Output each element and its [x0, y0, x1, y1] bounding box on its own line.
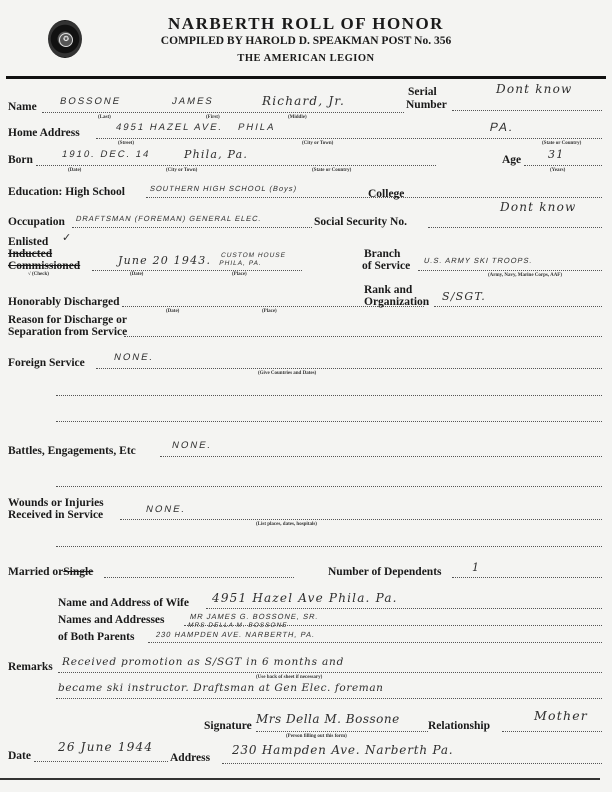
- enlisted-date-caption: (Date): [130, 272, 143, 277]
- branch-label-1: Branch: [364, 248, 400, 260]
- born-state-caption: (State or Country): [312, 168, 351, 173]
- occupation-value[interactable]: DRAFTSMAN (FOREMAN) GENERAL ELEC.: [75, 214, 263, 223]
- single-text: Single: [63, 566, 93, 578]
- date-line: [34, 761, 168, 762]
- social-security-value[interactable]: Dont know: [500, 200, 577, 214]
- signer-caption: (Person filling out this form): [286, 734, 347, 739]
- countries-caption: (Give Countries and Dates): [258, 371, 316, 376]
- dependents-label: Number of Dependents: [328, 566, 442, 578]
- remarks-caption: (Use back of sheet if necessary): [256, 675, 322, 680]
- battles-line-2: [56, 486, 602, 487]
- dependents-line: [452, 577, 602, 578]
- born-label: Born: [8, 154, 33, 166]
- middle-name-value[interactable]: Richard, Jr.: [262, 94, 345, 108]
- branch-label-2: of Service: [362, 260, 410, 272]
- born-date-value[interactable]: 1910. DEC. 14: [61, 149, 152, 160]
- relationship-label: Relationship: [428, 720, 490, 732]
- remarks-line-2: [56, 698, 602, 699]
- enlisted-place-caption: (Place): [232, 272, 247, 277]
- foreign-service-line-3: [56, 421, 602, 422]
- name-line: [42, 112, 404, 113]
- parent-2-address-value[interactable]: 230 HAMPDEN AVE. NARBERTH, PA.: [155, 630, 316, 639]
- remarks-line-1: [58, 672, 602, 673]
- social-security-label: Social Security No.: [314, 216, 407, 228]
- parent-1-value[interactable]: MR JAMES G. BOSSONE, SR.: [189, 612, 320, 621]
- foreign-service-line-2: [56, 395, 602, 396]
- born-date-caption: (Date): [68, 168, 81, 173]
- reason-label-2: Separation from Service: [8, 326, 127, 338]
- honorably-discharged-label: Honorably Discharged: [8, 296, 120, 308]
- age-line: [524, 165, 602, 166]
- wounds-label-2: Received in Service: [8, 509, 103, 521]
- date-label: Date: [8, 750, 31, 762]
- born-city-caption: (City or Town): [166, 168, 197, 173]
- signature-value[interactable]: Mrs Della M. Bossone: [256, 712, 400, 726]
- social-security-line: [428, 227, 602, 228]
- wounds-line: [120, 519, 602, 520]
- relationship-line: [502, 731, 602, 732]
- born-line: [36, 165, 436, 166]
- branch-value[interactable]: U.S. ARMY SKI TROOPS.: [423, 256, 534, 265]
- age-label: Age: [502, 154, 521, 166]
- occupation-line: [72, 227, 312, 228]
- discharge-place-caption: (Place): [262, 309, 277, 314]
- first-name-value[interactable]: JAMES: [171, 96, 215, 107]
- branch-line: [418, 270, 602, 271]
- serial-label-1: Serial: [408, 86, 437, 98]
- enlisted-label: Enlisted: [8, 236, 48, 248]
- home-address-line: [96, 138, 602, 139]
- wife-value[interactable]: 4951 Hazel Ave Phila. Pa.: [212, 591, 398, 605]
- address-label: Address: [170, 752, 210, 764]
- last-caption: (Last): [98, 115, 111, 120]
- state-value[interactable]: PA.: [489, 120, 516, 134]
- footer-divider: [0, 778, 600, 780]
- parents-label-2: of Both Parents: [58, 631, 134, 643]
- serial-line: [452, 110, 602, 111]
- parent-2-name-value[interactable]: MRS DELLA M. BOSSONE: [187, 622, 288, 629]
- enlisted-place-value[interactable]: CUSTOM HOUSE PHILA, PA.: [218, 252, 287, 268]
- middle-caption: (Middle): [288, 115, 307, 120]
- check-caption: √ (Check): [28, 272, 49, 277]
- home-address-label: Home Address: [8, 127, 80, 139]
- years-caption: (Years): [550, 168, 565, 173]
- wife-line: [206, 608, 602, 609]
- address-value[interactable]: 230 Hampden Ave. Narberth Pa.: [232, 743, 453, 757]
- age-value[interactable]: 31: [548, 148, 564, 161]
- first-caption: (First): [206, 115, 220, 120]
- battles-line: [160, 456, 602, 457]
- reason-line: [124, 336, 602, 337]
- college-label: College: [368, 188, 404, 200]
- discharge-date-caption: (Date): [166, 309, 179, 314]
- commissioned-label: Commissioned: [8, 260, 80, 272]
- serial-number-value[interactable]: Dont know: [496, 82, 573, 96]
- married-line: [104, 577, 294, 578]
- header-divider: [6, 76, 606, 79]
- reason-label-1: Reason for Discharge or: [8, 314, 127, 326]
- inducted-label: Inducted: [8, 248, 52, 260]
- battles-value[interactable]: NONE.: [171, 440, 213, 451]
- street-caption: (Street): [118, 141, 134, 146]
- foreign-service-value[interactable]: NONE.: [113, 352, 155, 363]
- signature-line: [256, 731, 428, 732]
- enlisted-check-mark[interactable]: ✓: [62, 231, 72, 244]
- foreign-service-label: Foreign Service: [8, 357, 85, 369]
- wife-label: Name and Address of Wife: [58, 597, 189, 609]
- parents-line-2: [148, 642, 602, 643]
- married-label: Married orSingle: [8, 566, 93, 578]
- state-caption: (State or Country): [542, 141, 581, 146]
- rank-value[interactable]: S/SGT.: [442, 290, 486, 303]
- rank-line: [434, 306, 602, 307]
- signature-label: Signature: [204, 720, 252, 732]
- remarks-value-1[interactable]: Received promotion as S/SGT in 6 months …: [62, 656, 344, 668]
- rank-label-2: Organization: [364, 296, 429, 308]
- education-label: Education: High School: [8, 186, 125, 198]
- remarks-label: Remarks: [8, 661, 53, 673]
- branch-options-caption: (Army, Navy, Marine Corps, AAF): [488, 273, 562, 278]
- wounds-label-1: Wounds or Injuries: [8, 497, 104, 509]
- wounds-caption: (List places, dates, hospitals): [256, 522, 317, 527]
- wounds-line-2: [56, 546, 602, 547]
- battles-label: Battles, Engagements, Etc: [8, 445, 136, 457]
- enlisted-line: [92, 270, 302, 271]
- form-title: NARBERTH ROLL OF HONOR: [0, 14, 612, 34]
- remarks-value-2[interactable]: became ski instructor. Draftsman at Gen …: [58, 682, 384, 694]
- high-school-value[interactable]: SOUTHERN HIGH SCHOOL (Boys): [149, 184, 298, 193]
- name-label: Name: [8, 101, 37, 113]
- date-value[interactable]: 26 June 1944: [58, 740, 153, 754]
- street-value[interactable]: 4951 HAZEL AVE.: [115, 122, 224, 133]
- form-subtitle: COMPILED BY HAROLD D. SPEAKMAN POST No. …: [0, 35, 612, 47]
- organization-name: THE AMERICAN LEGION: [0, 53, 612, 64]
- foreign-service-line: [96, 368, 602, 369]
- wounds-value[interactable]: NONE.: [145, 504, 187, 515]
- parents-label-1: Names and Addresses: [58, 614, 165, 626]
- enlisted-date-value[interactable]: June 20 1943.: [118, 254, 211, 267]
- rank-label-1: Rank and: [364, 284, 412, 296]
- address-line: [222, 763, 602, 764]
- city-value[interactable]: PHILA: [237, 122, 277, 133]
- serial-label-2: Number: [406, 99, 447, 111]
- last-name-value[interactable]: BOSSONE: [59, 96, 122, 107]
- dependents-value[interactable]: 1: [472, 561, 480, 574]
- city-caption: (City or Town): [302, 141, 333, 146]
- married-text: Married or: [8, 566, 63, 578]
- born-city-value[interactable]: Phila, Pa.: [184, 148, 248, 161]
- occupation-label: Occupation: [8, 216, 65, 228]
- relationship-value[interactable]: Mother: [534, 708, 588, 723]
